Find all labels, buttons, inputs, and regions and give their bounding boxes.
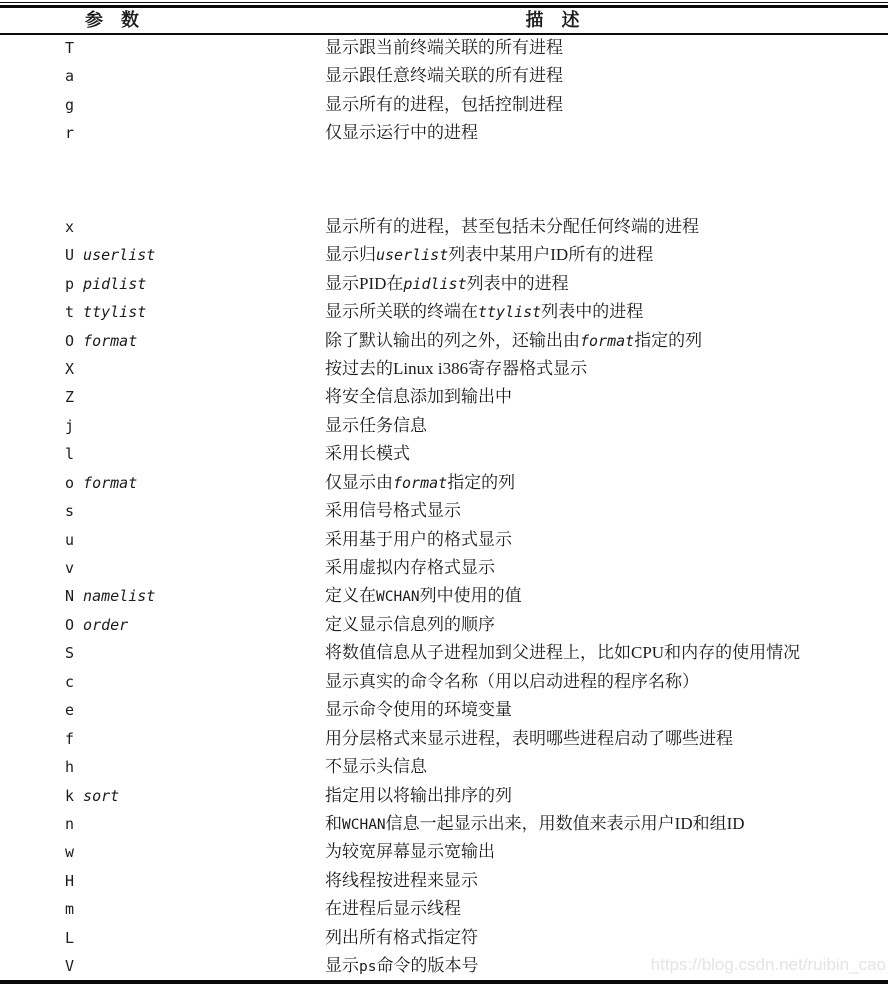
param-cell: O format	[65, 327, 137, 355]
desc-arg-segment: format	[580, 332, 634, 350]
desc-cell: 定义在WCHAN列中使用的值	[325, 582, 522, 611]
table-header: 参 数 描 述	[0, 8, 894, 33]
desc-cell: 显示真实的命令名称（用以启动进程的程序名称）	[325, 668, 699, 696]
param-cell: r	[65, 119, 74, 147]
desc-cell: 将线程按进程来显示	[325, 867, 478, 895]
table-row: n和WCHAN信息一起显示出来，用数值来表示用户ID和组ID	[0, 810, 894, 838]
desc-cell: 指定用以将输出排序的列	[325, 782, 512, 810]
table-row: O order定义显示信息列的顺序	[0, 611, 894, 639]
param-cell: U userlist	[65, 241, 155, 269]
param-argument: format	[74, 474, 137, 492]
table-body: T显示跟当前终端关联的所有进程a显示跟任意终端关联的所有进程g显示所有的进程，包…	[0, 34, 894, 981]
table-row: m在进程后显示线程	[0, 895, 894, 923]
desc-cell: 和WCHAN信息一起显示出来，用数值来表示用户ID和组ID	[325, 810, 745, 839]
desc-mono-segment: ps	[359, 959, 376, 975]
table-row: k sort指定用以将输出排序的列	[0, 782, 894, 810]
watermark: https://blog.csdn.net/ruibin_cao	[651, 952, 886, 978]
table-bottom-rule	[0, 980, 888, 984]
table-row: e显示命令使用的环境变量	[0, 696, 894, 724]
param-cell: e	[65, 696, 74, 724]
param-cell: O order	[65, 611, 128, 639]
table-row: o format仅显示由format指定的列	[0, 469, 894, 497]
param-cell: w	[65, 838, 74, 866]
desc-cell: 采用长模式	[325, 440, 410, 468]
ps-options-table-page: 参 数 描 述 T显示跟当前终端关联的所有进程a显示跟任意终端关联的所有进程g显…	[0, 0, 894, 988]
desc-cell: 除了默认输出的列之外，还输出由format指定的列	[325, 327, 702, 355]
table-row: w为较宽屏幕显示宽输出	[0, 838, 894, 866]
param-cell: S	[65, 639, 74, 667]
param-cell: L	[65, 924, 74, 952]
desc-cell: 显示PID在pidlist列表中的进程	[325, 270, 569, 298]
param-cell: m	[65, 895, 74, 923]
desc-cell: 显示归userlist列表中某用户ID所有的进程	[325, 241, 653, 269]
param-cell: t ttylist	[65, 298, 146, 326]
table-row: u采用基于用户的格式显示	[0, 526, 894, 554]
param-cell: f	[65, 725, 74, 753]
table-row: Z将安全信息添加到输出中	[0, 383, 894, 411]
desc-cell: 将安全信息添加到输出中	[325, 383, 512, 411]
desc-arg-segment: pidlist	[403, 275, 466, 293]
param-cell: Z	[65, 383, 74, 411]
param-argument: format	[74, 332, 137, 350]
table-row: f用分层格式来显示进程，表明哪些进程启动了哪些进程	[0, 725, 894, 753]
desc-mono-segment: WCHAN	[342, 817, 386, 833]
desc-cell: 显示任务信息	[325, 412, 427, 440]
desc-cell: 显示跟任意终端关联的所有进程	[325, 62, 563, 90]
desc-arg-segment: userlist	[376, 246, 448, 264]
table-row: v采用虚拟内存格式显示	[0, 554, 894, 582]
param-cell: V	[65, 952, 74, 980]
table-row: L列出所有格式指定符	[0, 924, 894, 952]
param-argument: namelist	[74, 587, 155, 605]
table-row: x显示所有的进程，甚至包括未分配任何终端的进程	[0, 213, 894, 241]
table-top-thin-rule	[0, 2, 888, 3]
param-argument: ttylist	[74, 303, 146, 321]
table-row: t ttylist显示所关联的终端在ttylist列表中的进程	[0, 298, 894, 326]
desc-cell: 采用虚拟内存格式显示	[325, 554, 495, 582]
param-cell: h	[65, 753, 74, 781]
desc-cell: 仅显示由format指定的列	[325, 469, 515, 497]
table-row: j显示任务信息	[0, 412, 894, 440]
param-cell: s	[65, 497, 74, 525]
table-row: N namelist定义在WCHAN列中使用的值	[0, 582, 894, 610]
param-argument: order	[74, 616, 128, 634]
param-cell: g	[65, 91, 74, 119]
table-row: T显示跟当前终端关联的所有进程	[0, 34, 894, 62]
param-cell: u	[65, 526, 74, 554]
param-cell: o format	[65, 469, 137, 497]
desc-cell: 采用信号格式显示	[325, 497, 461, 525]
table-row: S将数值信息从子进程加到父进程上，比如CPU和内存的使用情况	[0, 639, 894, 667]
param-cell: c	[65, 668, 74, 696]
table-row: c显示真实的命令名称（用以启动进程的程序名称）	[0, 668, 894, 696]
param-cell: l	[65, 440, 74, 468]
desc-cell: 显示命令使用的环境变量	[325, 696, 512, 724]
desc-cell: 将数值信息从子进程加到父进程上，比如CPU和内存的使用情况	[325, 639, 800, 667]
param-cell: k sort	[65, 782, 119, 810]
desc-cell: 显示跟当前终端关联的所有进程	[325, 34, 563, 62]
desc-cell: 为较宽屏幕显示宽输出	[325, 838, 495, 866]
column-header-param: 参 数	[72, 8, 152, 33]
param-argument: userlist	[74, 246, 155, 264]
table-row: s采用信号格式显示	[0, 497, 894, 525]
desc-cell: 显示所有的进程，甚至包括未分配任何终端的进程	[325, 213, 699, 241]
table-row: X按过去的Linux i386寄存器格式显示	[0, 355, 894, 383]
param-cell: v	[65, 554, 74, 582]
param-cell: T	[65, 34, 74, 62]
desc-cell: 仅显示运行中的进程	[325, 119, 478, 147]
column-header-desc: 描 述	[505, 8, 600, 33]
param-cell: n	[65, 810, 74, 838]
desc-cell: 显示所有的进程，包括控制进程	[325, 91, 563, 119]
table-row: l采用长模式	[0, 440, 894, 468]
desc-cell: 用分层格式来显示进程，表明哪些进程启动了哪些进程	[325, 725, 733, 753]
param-cell: X	[65, 355, 74, 383]
param-cell: p pidlist	[65, 270, 146, 298]
param-cell: a	[65, 62, 74, 90]
desc-mono-segment: WCHAN	[376, 589, 420, 605]
table-row: H将线程按进程来显示	[0, 867, 894, 895]
param-cell: N namelist	[65, 582, 155, 610]
desc-arg-segment: format	[393, 474, 447, 492]
desc-cell: 列出所有格式指定符	[325, 924, 478, 952]
desc-cell: 定义显示信息列的顺序	[325, 611, 495, 639]
table-row: p pidlist显示PID在pidlist列表中的进程	[0, 270, 894, 298]
desc-cell: 采用基于用户的格式显示	[325, 526, 512, 554]
desc-cell: 不显示头信息	[325, 753, 427, 781]
param-cell: j	[65, 412, 74, 440]
desc-cell: 显示ps命令的版本号	[325, 952, 478, 981]
desc-cell: 按过去的Linux i386寄存器格式显示	[325, 355, 587, 383]
desc-arg-segment: ttylist	[478, 303, 541, 321]
table-row: r仅显示运行中的进程	[0, 119, 894, 147]
table-row: U userlist显示归userlist列表中某用户ID所有的进程	[0, 241, 894, 269]
desc-cell: 显示所关联的终端在ttylist列表中的进程	[325, 298, 643, 326]
param-argument: pidlist	[74, 275, 146, 293]
table-row: h不显示头信息	[0, 753, 894, 781]
table-row: g显示所有的进程，包括控制进程	[0, 91, 894, 119]
param-cell: x	[65, 213, 74, 241]
table-row: a显示跟任意终端关联的所有进程	[0, 62, 894, 90]
param-argument: sort	[74, 787, 119, 805]
desc-cell: 在进程后显示线程	[325, 895, 461, 923]
table-row: O format除了默认输出的列之外，还输出由format指定的列	[0, 327, 894, 355]
param-cell: H	[65, 867, 74, 895]
